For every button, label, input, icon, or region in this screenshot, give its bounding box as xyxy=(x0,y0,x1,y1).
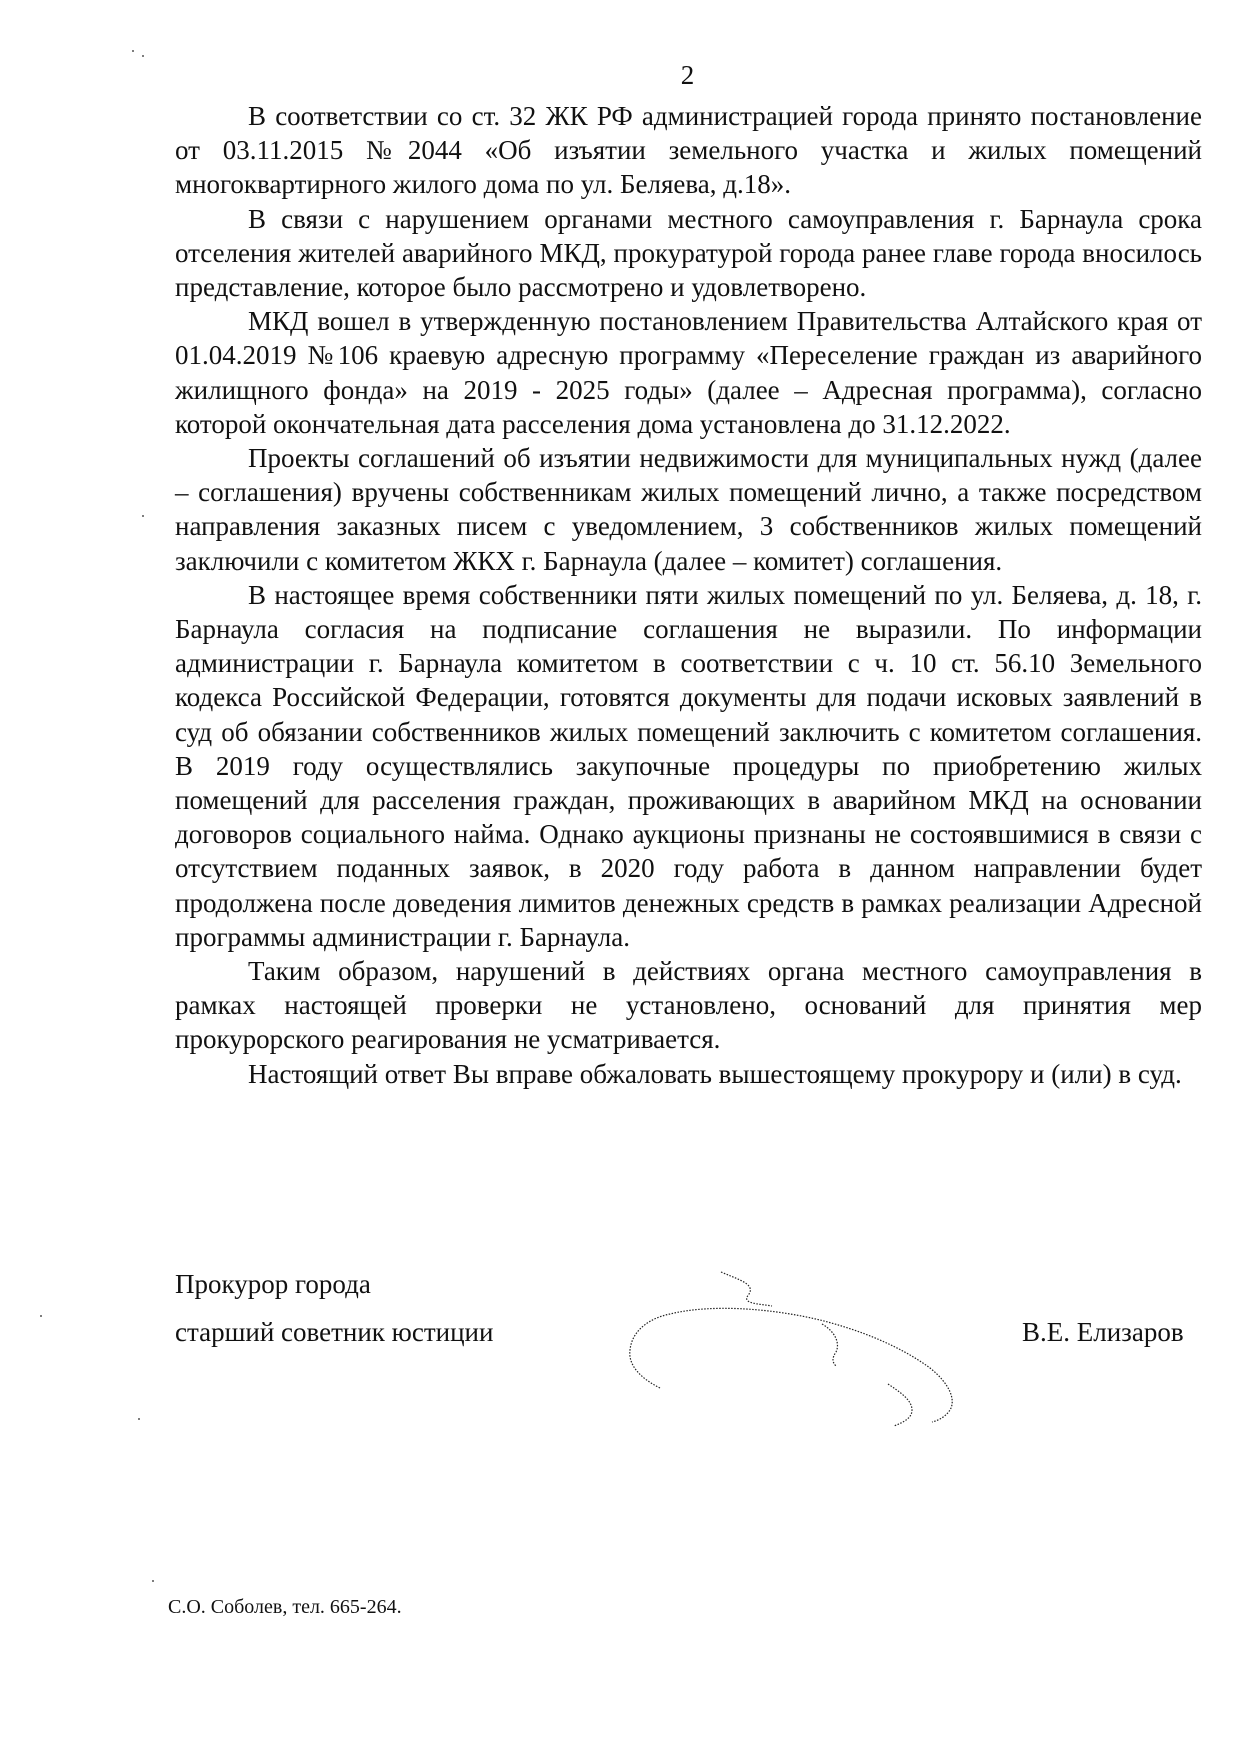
paragraph-conclusion: Таким образом, нарушений в действиях орг… xyxy=(175,954,1202,1057)
scan-speck xyxy=(142,515,144,517)
page-number: 2 xyxy=(0,58,1240,92)
paragraph-program: МКД вошел в утвержденную постановлением … xyxy=(175,304,1202,441)
scan-speck xyxy=(152,1580,154,1582)
signer-position: Прокурор города xyxy=(175,1267,371,1301)
scan-speck xyxy=(40,1315,42,1317)
scan-speck xyxy=(142,55,144,57)
scan-speck xyxy=(138,1418,140,1420)
scan-speck xyxy=(132,50,134,52)
paragraph-appeal: Настоящий ответ Вы вправе обжаловать выш… xyxy=(175,1057,1202,1091)
paragraph-current-status: В настоящее время собственники пяти жилы… xyxy=(175,578,1202,954)
signer-name: В.Е. Елизаров xyxy=(1022,1315,1184,1349)
signer-rank: старший советник юстиции xyxy=(175,1315,493,1349)
handwritten-signature xyxy=(600,1260,980,1440)
executor-contact: С.О. Соболев, тел. 665-264. xyxy=(168,1595,402,1619)
paragraph-agreements: Проекты соглашений об изъятии недвижимос… xyxy=(175,441,1202,578)
letter-body: В соответствии со ст. 32 ЖК РФ администр… xyxy=(175,99,1202,1091)
paragraph-violation: В связи с нарушением органами местного с… xyxy=(175,202,1202,305)
paragraph-resolution: В соответствии со ст. 32 ЖК РФ администр… xyxy=(175,99,1202,202)
